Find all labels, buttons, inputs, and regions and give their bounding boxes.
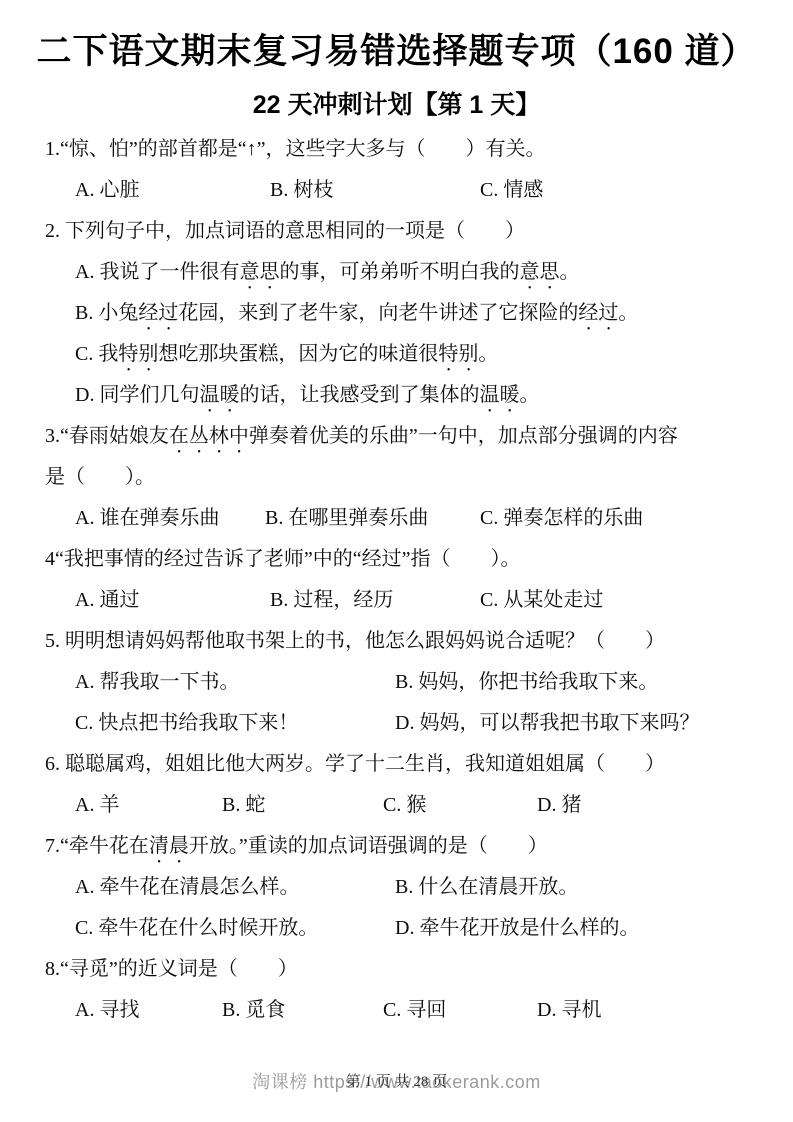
text: B. 什么在清晨开放。 [395,876,578,898]
option: D. 妈妈，可以帮我把书取下来吗？ [395,703,699,744]
option: D. 牵牛花开放是什么样的。 [395,908,639,949]
option-row: C. 快点把书给我取下来！D. 妈妈，可以帮我把书取下来吗？ [45,703,753,744]
text: 1.“惊、怕”的部首都是“↑”，这些字大多与（ ）有关。 [45,138,546,160]
text: 开放。”重读的加点词语强调的是（ ） [189,835,548,857]
text: 是（ ）。 [45,466,155,488]
option: B. 树枝 [270,170,480,211]
page-footer: 淘课榜 https://www.taokerank.com 第 1 页 共 28… [0,1068,793,1096]
question-stem-line: 6. 聪聪属鸡，姐姐比他大两岁。学了十二生肖，我知道姐姐属（ ） [45,744,753,785]
emphasized-text: 温暖 [479,384,519,406]
option: B. 小兔经过花园，来到了老牛家，向老牛讲述了它探险的经过。 [75,293,638,335]
option-row: A. 通过B. 过程，经历C. 从某处走过 [45,580,753,621]
text: 3.“春雨姑娘友 [45,425,169,447]
option: A. 通过 [75,580,270,621]
question-1: 1.“惊、怕”的部首都是“↑”，这些字大多与（ ）有关。A. 心脏B. 树枝C.… [45,129,753,211]
question-5: 5. 明明想请妈妈帮他取书架上的书，他怎么跟妈妈说合适呢？（ ）A. 帮我取一下… [45,621,753,744]
text: B. 觅食 [222,999,285,1021]
text: 4“我把事情的经过告诉了老师”中的“经过”指（ ）。 [45,548,521,570]
text: 花园，来到了老牛家，向老牛讲述了它探险的 [178,302,578,324]
question-2: 2. 下列句子中，加点词语的意思相同的一项是（ ）A. 我说了一件很有意思的事，… [45,211,753,416]
text: 弹奏着优美的乐曲”一句中，加点部分强调的内容 [249,425,678,447]
option-row: A. 我说了一件很有意思的事，可弟弟听不明白我的意思。 [45,252,753,293]
page-subtitle: 22 天冲刺计划【第 1 天】 [0,88,793,122]
text: C. 情感 [480,179,543,201]
option: C. 寻回 [383,990,537,1031]
text: 的话，让我感受到了集体的 [239,384,479,406]
worksheet-page: 二下语文期末复习易错选择题专项（160 道） 22 天冲刺计划【第 1 天】 1… [0,0,793,1122]
question-stem-line: 3.“春雨姑娘友在丛林中弹奏着优美的乐曲”一句中，加点部分强调的内容 [45,416,753,457]
emphasized-text: 温暖 [199,384,239,406]
text: 。 [478,343,498,365]
question-4: 4“我把事情的经过告诉了老师”中的“经过”指（ ）。A. 通过B. 过程，经历C… [45,539,753,621]
option: A. 我说了一件很有意思的事，可弟弟听不明白我的意思。 [75,252,579,294]
question-3: 3.“春雨姑娘友在丛林中弹奏着优美的乐曲”一句中，加点部分强调的内容是（ ）。A… [45,416,753,539]
text: D. 寻机 [537,999,601,1021]
text: B. 过程，经历 [270,589,393,611]
text: 8.“寻觅”的近义词是（ ） [45,958,298,980]
option: A. 寻找 [75,990,222,1031]
text: A. 我说了一件很有 [75,261,239,283]
emphasized-text: 经过 [578,302,618,324]
text: D. 牵牛花开放是什么样的。 [395,917,639,939]
option: B. 什么在清晨开放。 [395,867,578,908]
question-stem-line: 是（ ）。 [45,457,753,498]
text: B. 在哪里弹奏乐曲 [265,507,428,529]
text: C. 寻回 [383,999,446,1021]
text: 7.“牵牛花在 [45,835,149,857]
text: A. 通过 [75,589,139,611]
option-row: A. 心脏B. 树枝C. 情感 [45,170,753,211]
option: D. 寻机 [537,990,601,1031]
option: C. 快点把书给我取下来！ [75,703,395,744]
option-row: C. 牵牛花在什么时候开放。D. 牵牛花开放是什么样的。 [45,908,753,949]
option: B. 觅食 [222,990,383,1031]
text: A. 谁在弹奏乐曲 [75,507,219,529]
text: C. 弹奏怎样的乐曲 [480,507,643,529]
question-stem-line: 4“我把事情的经过告诉了老师”中的“经过”指（ ）。 [45,539,753,580]
option: A. 心脏 [75,170,270,211]
option: C. 猴 [383,785,537,826]
emphasized-text: 意思 [519,261,559,283]
emphasized-text: 清晨 [149,835,189,857]
option-row: A. 谁在弹奏乐曲B. 在哪里弹奏乐曲C. 弹奏怎样的乐曲 [45,498,753,539]
option: A. 帮我取一下书。 [75,662,395,703]
option-row: C. 我特别想吃那块蛋糕，因为它的味道很特别。 [45,334,753,375]
text: 想吃那块蛋糕，因为它的味道很 [158,343,438,365]
text: C. 牵牛花在什么时候开放。 [75,917,318,939]
option: B. 蛇 [222,785,383,826]
page-title: 二下语文期末复习易错选择题专项（160 道） [0,0,793,77]
text: 5. 明明想请妈妈帮他取书架上的书，他怎么跟妈妈说合适呢？（ ） [45,630,665,652]
question-stem-line: 5. 明明想请妈妈帮他取书架上的书，他怎么跟妈妈说合适呢？（ ） [45,621,753,662]
option-row: A. 牵牛花在清晨怎么样。B. 什么在清晨开放。 [45,867,753,908]
text: 。 [618,302,638,324]
question-6: 6. 聪聪属鸡，姐姐比他大两岁。学了十二生肖，我知道姐姐属（ ）A. 羊B. 蛇… [45,744,753,826]
text: B. 妈妈，你把书给我取下来。 [395,671,658,693]
option-row: D. 同学们几句温暖的话，让我感受到了集体的温暖。 [45,375,753,416]
text: A. 帮我取一下书。 [75,671,239,693]
questions: 1.“惊、怕”的部首都是“↑”，这些字大多与（ ）有关。A. 心脏B. 树枝C.… [0,129,793,1031]
text: A. 牵牛花在清晨怎么样。 [75,876,299,898]
option: D. 同学们几句温暖的话，让我感受到了集体的温暖。 [75,375,539,417]
question-stem-line: 2. 下列句子中，加点词语的意思相同的一项是（ ） [45,211,753,252]
option: A. 牵牛花在清晨怎么样。 [75,867,395,908]
text: C. 猴 [383,794,426,816]
emphasized-text: 在丛林中 [169,425,249,447]
option-row: A. 帮我取一下书。B. 妈妈，你把书给我取下来。 [45,662,753,703]
option: D. 猪 [537,785,581,826]
question-7: 7.“牵牛花在清晨开放。”重读的加点词语强调的是（ ）A. 牵牛花在清晨怎么样。… [45,826,753,949]
option: A. 谁在弹奏乐曲 [75,498,265,539]
text: C. 从某处走过 [480,589,603,611]
text: A. 寻找 [75,999,139,1021]
text: D. 猪 [537,794,581,816]
text: B. 蛇 [222,794,265,816]
option: C. 牵牛花在什么时候开放。 [75,908,395,949]
text: 6. 聪聪属鸡，姐姐比他大两岁。学了十二生肖，我知道姐姐属（ ） [45,753,665,775]
text: A. 心脏 [75,179,139,201]
text: B. 小兔 [75,302,138,324]
option: B. 妈妈，你把书给我取下来。 [395,662,658,703]
text: D. 妈妈，可以帮我把书取下来吗？ [395,712,699,734]
text: B. 树枝 [270,179,333,201]
question-stem-line: 8.“寻觅”的近义词是（ ） [45,949,753,990]
option: C. 我特别想吃那块蛋糕，因为它的味道很特别。 [75,334,498,376]
question-8: 8.“寻觅”的近义词是（ ）A. 寻找B. 觅食C. 寻回D. 寻机 [45,949,753,1031]
option: B. 在哪里弹奏乐曲 [265,498,480,539]
emphasized-text: 意思 [239,261,279,283]
option: C. 从某处走过 [480,580,603,621]
text: 。 [519,384,539,406]
option: A. 羊 [75,785,222,826]
option-row: A. 寻找B. 觅食C. 寻回D. 寻机 [45,990,753,1031]
emphasized-text: 特别 [438,343,478,365]
emphasized-text: 特别 [118,343,158,365]
question-stem-line: 1.“惊、怕”的部首都是“↑”，这些字大多与（ ）有关。 [45,129,753,170]
option: C. 弹奏怎样的乐曲 [480,498,643,539]
option: C. 情感 [480,170,543,211]
text: 2. 下列句子中，加点词语的意思相同的一项是（ ） [45,220,525,242]
text: C. 快点把书给我取下来！ [75,712,298,734]
option-row: A. 羊B. 蛇C. 猴D. 猪 [45,785,753,826]
text: 。 [559,261,579,283]
text: 的事，可弟弟听不明白我的 [279,261,519,283]
text: D. 同学们几句 [75,384,199,406]
option: B. 过程，经历 [270,580,480,621]
emphasized-text: 经过 [138,302,178,324]
text: A. 羊 [75,794,119,816]
option-row: B. 小兔经过花园，来到了老牛家，向老牛讲述了它探险的经过。 [45,293,753,334]
question-stem-line: 7.“牵牛花在清晨开放。”重读的加点词语强调的是（ ） [45,826,753,867]
text: C. 我 [75,343,118,365]
page-number: 第 1 页 共 28 页 [346,1070,447,1091]
